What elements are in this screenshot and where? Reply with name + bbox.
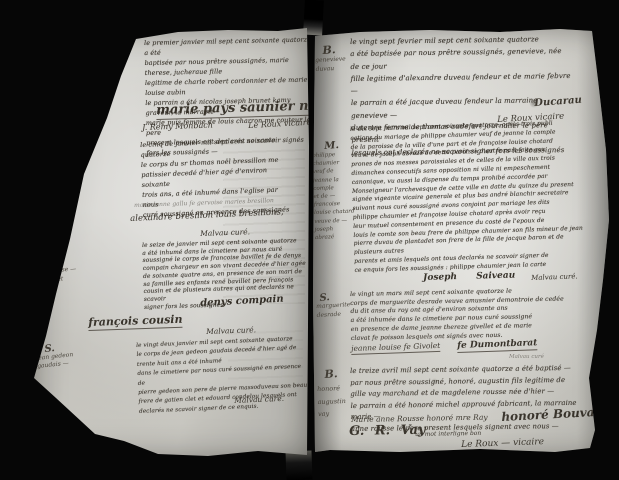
- signature: Malvau curé.: [200, 227, 250, 238]
- right-page: B. genevieve duvau le vingt sept fevrier…: [311, 26, 613, 460]
- margin-letter: B.: [322, 43, 336, 57]
- margin-note: marguerite desrade: [316, 301, 351, 320]
- margin-letter: S.: [51, 152, 62, 164]
- margin-letter: B.: [324, 367, 338, 381]
- margin-letter: B.: [54, 40, 68, 54]
- marriage-entry-text: le dix sept mars mil sept cent soixante …: [350, 119, 589, 276]
- signature: françois cousin: [88, 313, 183, 331]
- signature: Malvau curé.: [206, 325, 256, 336]
- burial-entry-text: le vingt un mars mil sept cent soixante …: [350, 287, 565, 344]
- margin-note: francoise — bavillet: [40, 265, 77, 285]
- signature: Joseph Saiveau: [423, 271, 515, 283]
- margin-note: Robert: [58, 86, 81, 95]
- margin-note: philippe chaumier veuf de jeanne la comp…: [312, 151, 356, 243]
- margin-note: honoré augustin vay: [317, 382, 346, 420]
- binding-strip-bottom: [286, 451, 313, 480]
- burial-entry-text: le vingt deux janvier mil sept cent soix…: [136, 334, 311, 417]
- signature: Le Roux — vicaire: [461, 437, 544, 450]
- margin-note: jean gedeon gaudais —: [36, 351, 75, 372]
- signature: fe Dumontbarat: [457, 338, 538, 353]
- signature: jeanne louise fe Givolet: [351, 341, 440, 355]
- signature: Malvau curé.: [531, 272, 578, 282]
- margin-letter: S.: [47, 257, 58, 269]
- signature: Malvau curé: [509, 354, 544, 360]
- signature: un mot interligne bon: [415, 430, 481, 438]
- photo-stage: B. marie therese jucherau Robert le prem…: [0, 0, 619, 480]
- left-page: B. marie therese jucherau Robert le prem…: [28, 26, 312, 460]
- margin-note: genevieve duvau: [315, 55, 346, 74]
- signature: Ducarau: [534, 95, 582, 109]
- margin-note: marie therese jucherau: [44, 60, 87, 79]
- margin-note: thomas noël bresillons: [44, 161, 82, 181]
